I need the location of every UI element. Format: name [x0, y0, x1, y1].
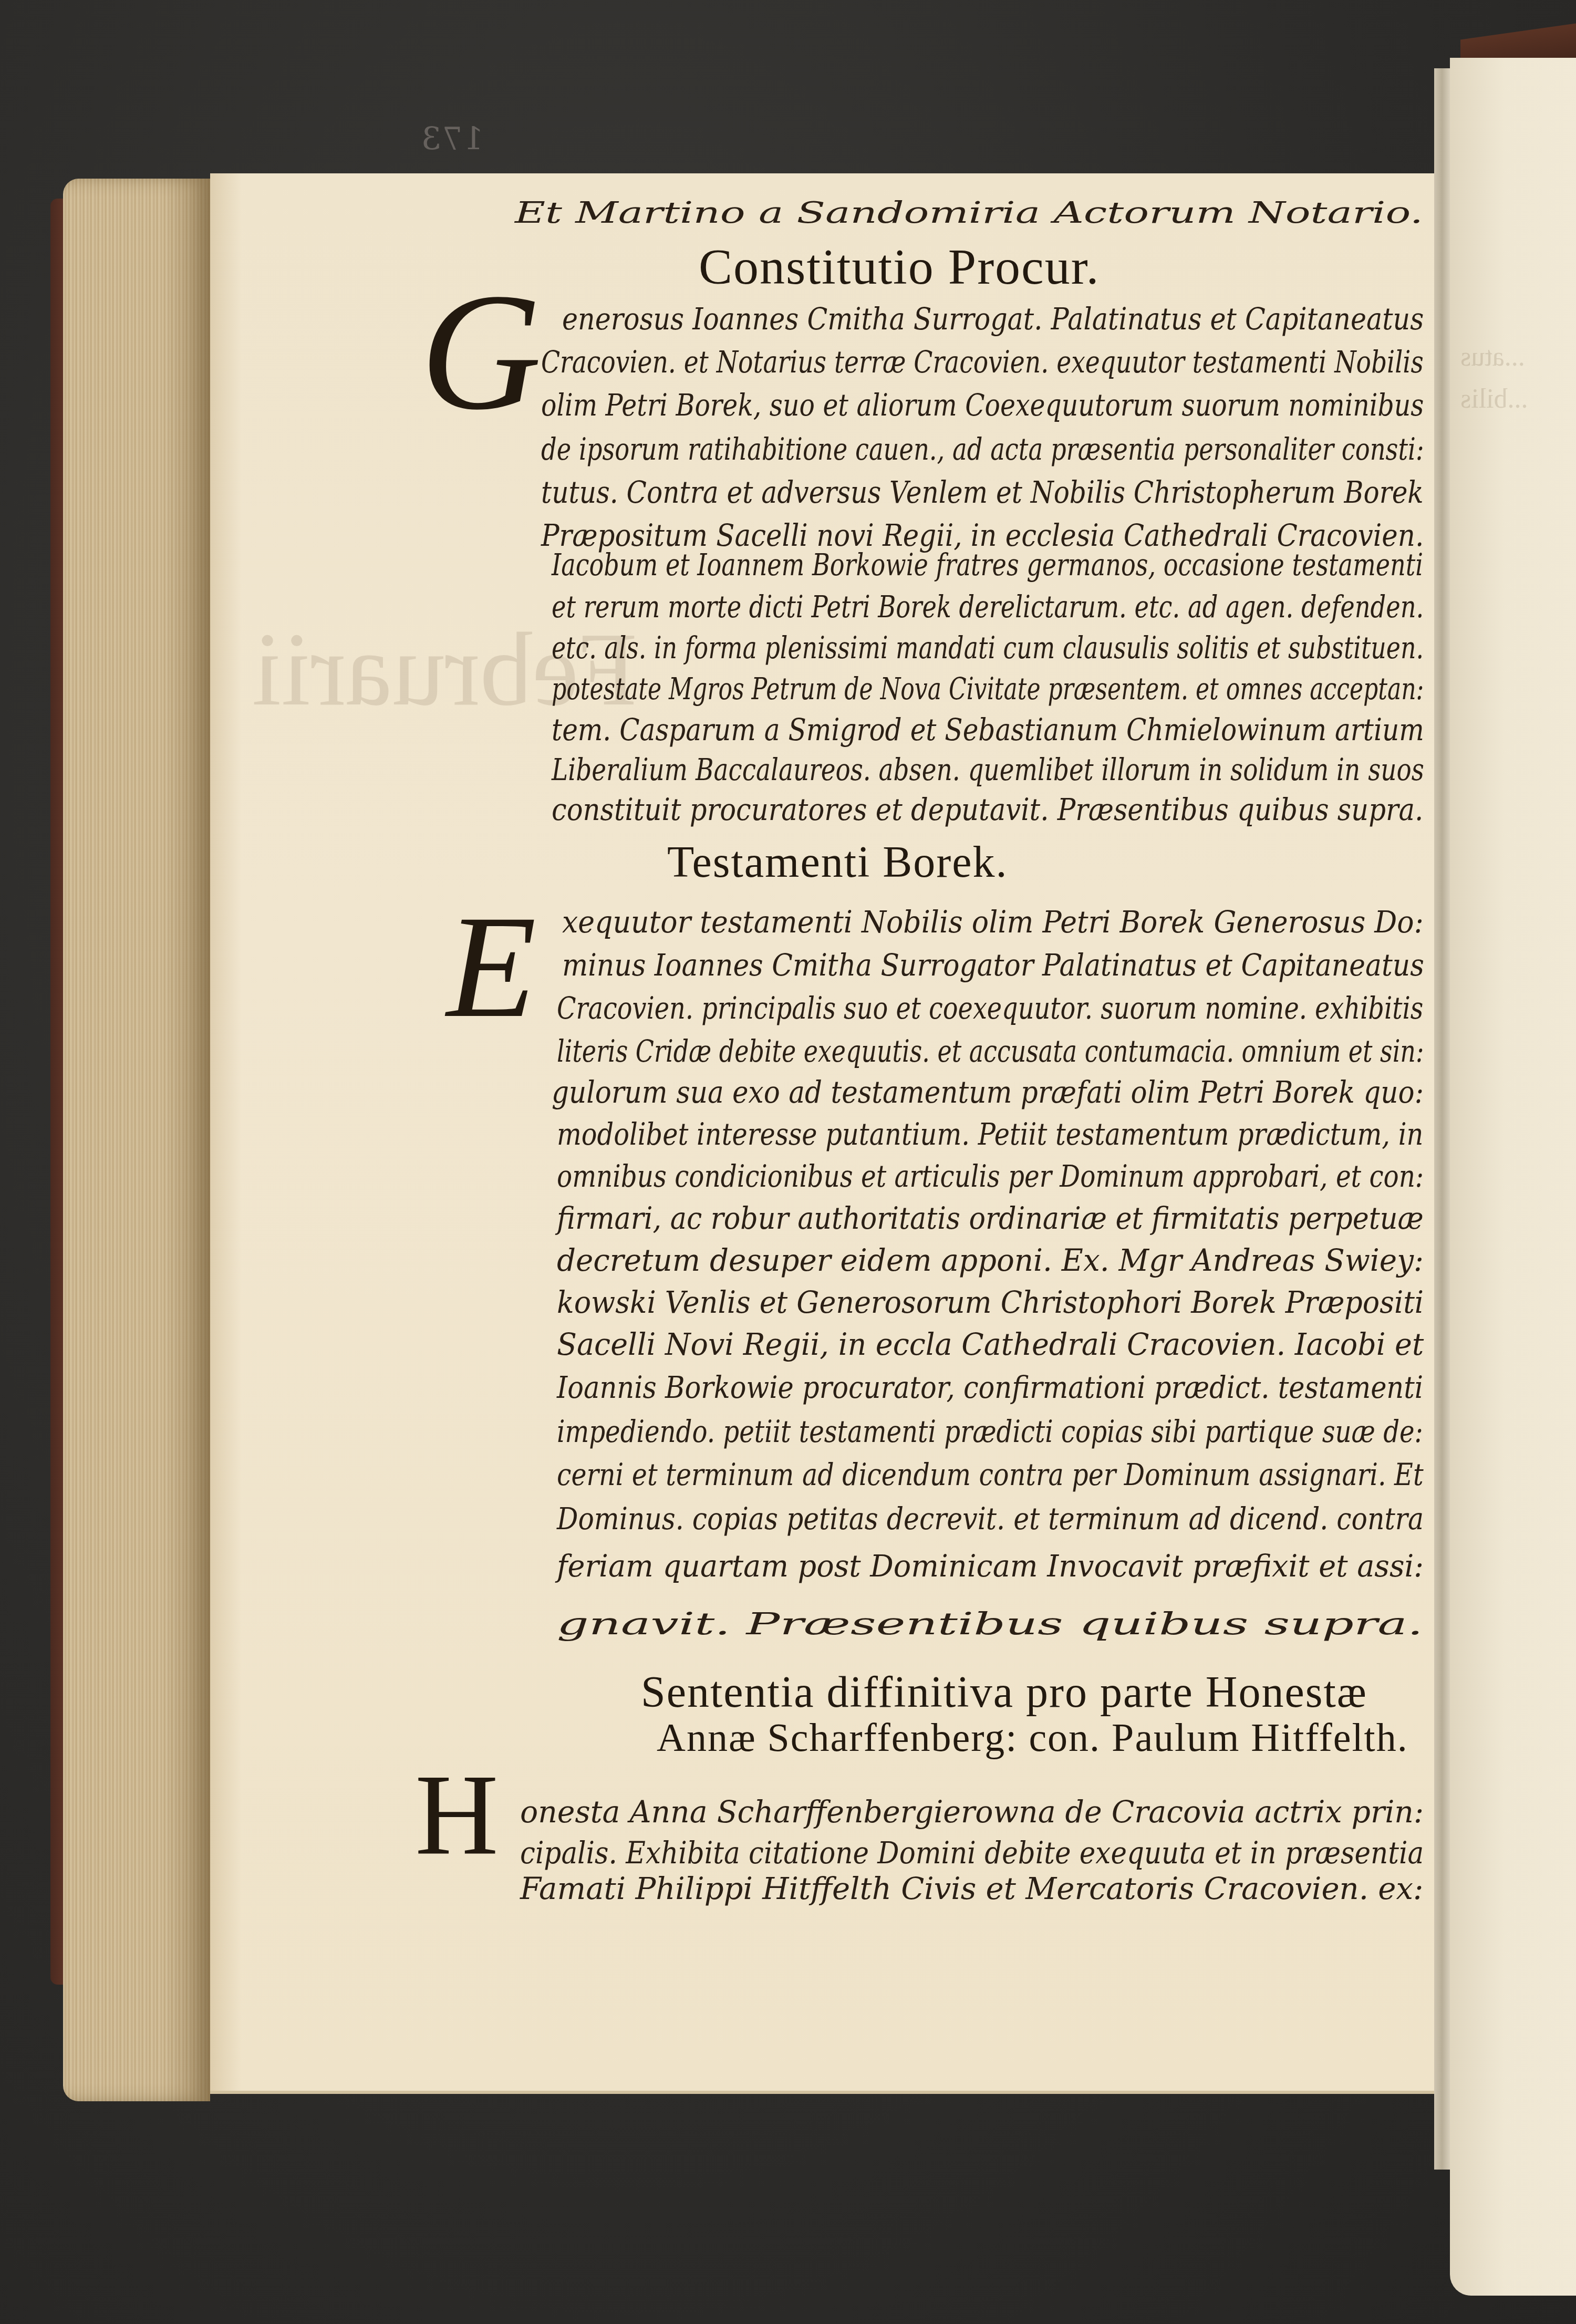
- text-line: de ipsorum ratihabitione cauen., ad acta…: [541, 434, 1424, 464]
- facing-page: ...atus ...bilis: [1450, 58, 1576, 2296]
- text-line: kowski Venlis et Generosorum Christophor…: [557, 1287, 1424, 1317]
- section-title-sententia-line-1: Sententia diffinitiva pro parte Honestæ: [641, 1671, 1367, 1715]
- text-line: omnibus condicionibus et articulis per D…: [557, 1161, 1424, 1191]
- folio-number: 173: [420, 121, 484, 158]
- text-line: Famati Philippi Hitffelth Civis et Merca…: [520, 1873, 1423, 1904]
- text-line: cipalis. Exhibita citatione Domini debit…: [520, 1838, 1424, 1868]
- text-line: Sacelli Novi Regii, in eccla Cathedrali …: [557, 1329, 1424, 1360]
- text-line: firmari, ac robur authoritatis ordinariæ…: [557, 1203, 1424, 1233]
- text-line: modolibet interesse putantium. Petiit te…: [557, 1119, 1423, 1149]
- text-line: olim Petri Borek, suo et aliorum Coexequ…: [541, 390, 1424, 420]
- text-line: Iacobum et Ioannem Borkowie fratres germ…: [552, 549, 1423, 580]
- text-line: tutus. Contra et adversus Venlem et Nobi…: [541, 477, 1424, 507]
- section-title-testamenti: Testamenti Borek.: [667, 841, 1008, 885]
- text-line: feriam quartam post Dominicam Invocavit …: [557, 1551, 1424, 1581]
- text-line: decretum desuper eidem apponi. Ex. Mgr A…: [557, 1245, 1424, 1275]
- text-line: Dominus. copias petitas decrevit. et ter…: [557, 1503, 1424, 1534]
- text-line: impediendo. petiit testamenti prædicti c…: [557, 1416, 1423, 1447]
- text-line: Ioannis Borkowie procurator, confirmatio…: [557, 1372, 1423, 1403]
- text-line: Cracovien. et Notarius terræ Cracovien. …: [541, 347, 1424, 377]
- page-edge-stack: [63, 179, 210, 2101]
- text-line: onesta Anna Scharffenbergierowna de Crac…: [520, 1797, 1424, 1827]
- text-line: Liberalium Baccalaureos. absen. quemlibe…: [552, 754, 1424, 785]
- text-line: et rerum morte dicti Petri Borek derelic…: [552, 592, 1424, 622]
- decorated-initial-e: E: [447, 893, 536, 1040]
- text-line: literis Cridæ debite exequutis. et accus…: [557, 1036, 1424, 1066]
- decorated-initial-h: H: [415, 1757, 499, 1873]
- section-title-constitutio: Constitutio Procur.: [699, 242, 1100, 292]
- decorated-initial-g: G: [420, 268, 542, 436]
- section-title-sententia-line-2: Annæ Scharffenberg: con. Paulum Hitffelt…: [657, 1718, 1408, 1758]
- text-line: tem. Casparum a Smigrod et Sebastianum C…: [552, 714, 1424, 745]
- text-line: gnavit. Præsentibus quibus supra.: [557, 1609, 1423, 1639]
- text-line: constituit procuratores et deputavit. Pr…: [552, 794, 1423, 825]
- header-note: Et Martino a Sandomiria Actorum Notario.: [515, 199, 1423, 228]
- text-line: etc. als. in forma plenissimi mandati cu…: [552, 632, 1424, 663]
- text-line: enerosus Ioannes Cmitha Surrogat. Palati…: [562, 304, 1424, 334]
- text-line: xequutor testamenti Nobilis olim Petri B…: [562, 907, 1424, 937]
- book-gutter: [1434, 68, 1450, 2170]
- text-line: Cracovien. principalis suo et coexequuto…: [557, 993, 1423, 1023]
- text-line: gulorum sua exo ad testamentum præfati o…: [552, 1077, 1424, 1107]
- text-line: cerni et terminum ad dicendum contra per…: [557, 1459, 1424, 1490]
- facing-bleed-text-1: ...atus: [1460, 341, 1525, 372]
- text-line: potestate Mgros Petrum de Nova Civitate …: [552, 673, 1424, 704]
- facing-bleed-text-2: ...bilis: [1460, 383, 1528, 414]
- text-line: minus Ioannes Cmitha Surrogator Palatina…: [562, 950, 1424, 980]
- text-line: Præpositum Sacelli novi Regii, in eccles…: [541, 520, 1424, 551]
